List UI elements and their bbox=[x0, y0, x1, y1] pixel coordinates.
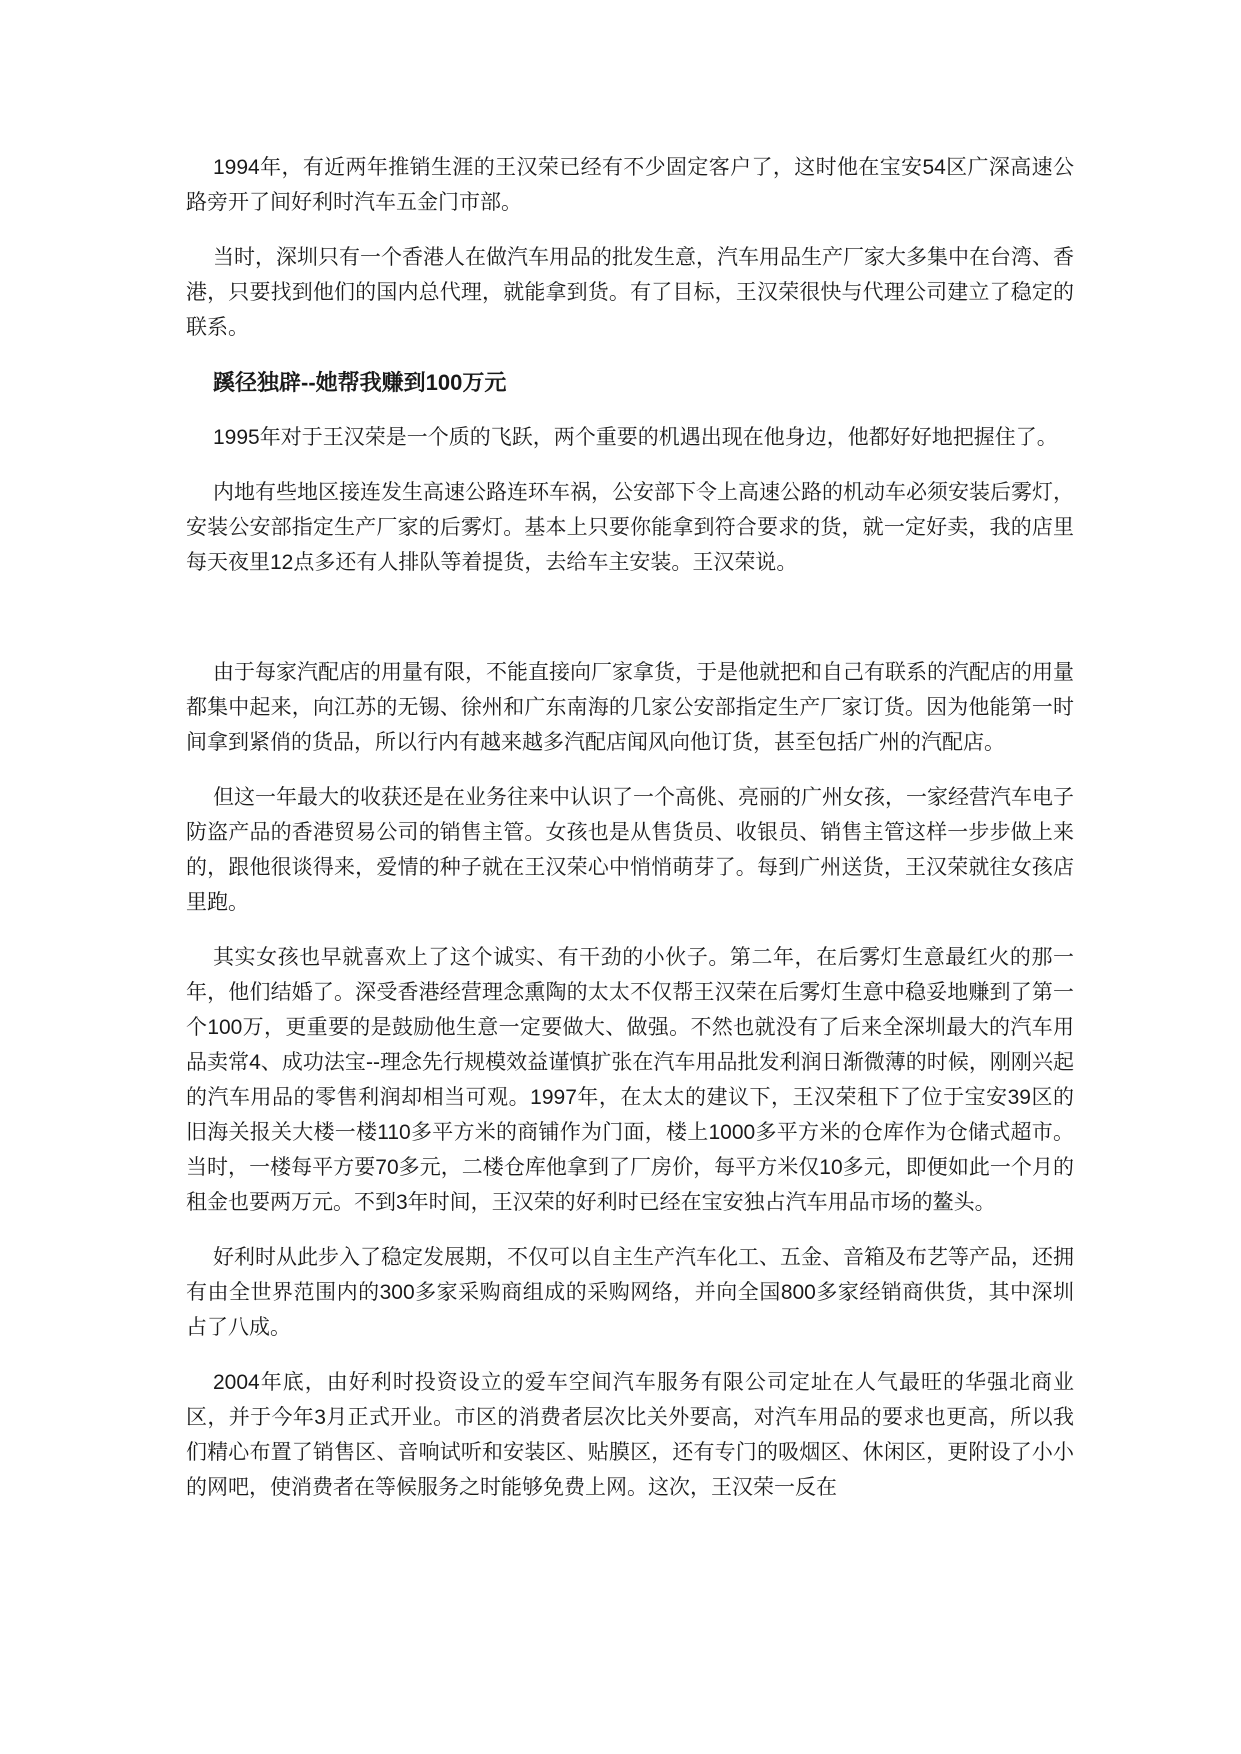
paragraph: 好利时从此步入了稳定发展期，不仅可以自主生产汽车化工、五金、音箱及布艺等产品，还… bbox=[186, 1240, 1074, 1345]
paragraph: 2004年底，由好利时投资设立的爱车空间汽车服务有限公司定址在人气最旺的华强北商… bbox=[186, 1365, 1074, 1505]
document-page: 1994年，有近两年推销生涯的王汉荣已经有不少固定客户了，这时他在宝安54区广深… bbox=[0, 0, 1241, 1754]
paragraph: 1994年，有近两年推销生涯的王汉荣已经有不少固定客户了，这时他在宝安54区广深… bbox=[186, 150, 1074, 220]
paragraph: 其实女孩也早就喜欢上了这个诚实、有干劲的小伙子。第二年，在后雾灯生意最红火的那一… bbox=[186, 940, 1074, 1220]
paragraph: 当时，深圳只有一个香港人在做汽车用品的批发生意，汽车用品生产厂家大多集中在台湾、… bbox=[186, 240, 1074, 345]
paragraph: 但这一年最大的收获还是在业务往来中认识了一个高佻、亮丽的广州女孩，一家经营汽车电… bbox=[186, 780, 1074, 920]
paragraph: 1995年对于王汉荣是一个质的飞跃，两个重要的机遇出现在他身边，他都好好地把握住… bbox=[186, 420, 1074, 455]
paragraph: 内地有些地区接连发生高速公路连环车祸，公安部下令上高速公路的机动车必须安装后雾灯… bbox=[186, 475, 1074, 580]
paragraph: 由于每家汽配店的用量有限，不能直接向厂家拿货，于是他就把和自己有联系的汽配店的用… bbox=[186, 655, 1074, 760]
blank-line bbox=[186, 600, 1074, 635]
document-body: 1994年，有近两年推销生涯的王汉荣已经有不少固定客户了，这时他在宝安54区广深… bbox=[186, 150, 1074, 1505]
section-heading: 蹊径独辟--她帮我赚到100万元 bbox=[186, 365, 1074, 400]
